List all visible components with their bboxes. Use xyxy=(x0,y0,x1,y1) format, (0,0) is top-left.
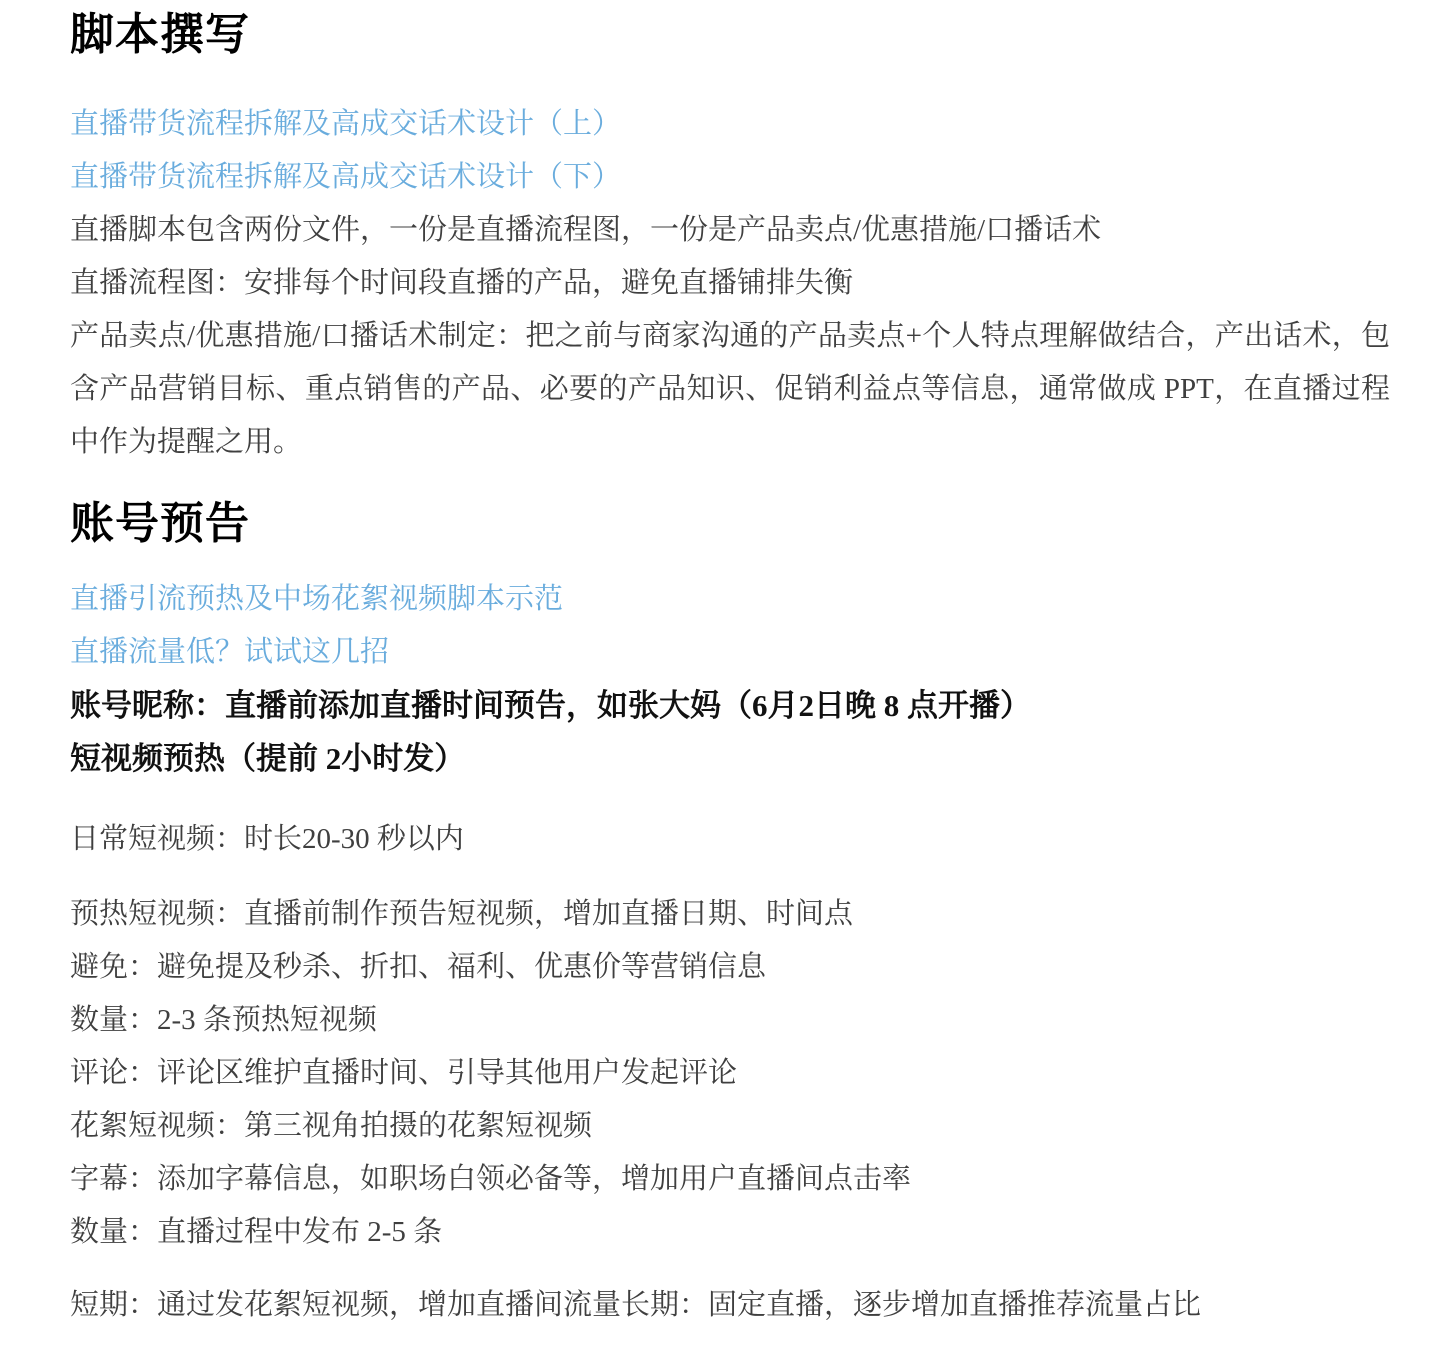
heading-script-writing: 脚本撰写 xyxy=(70,6,1390,64)
paragraph-highlight-video: 花絮短视频：第三视角拍摄的花絮短视频 xyxy=(70,1100,1390,1153)
document-page: 脚本撰写 直播带货流程拆解及高成交话术设计（上） 直播带货流程拆解及高成交话术设… xyxy=(0,0,1448,1332)
paragraph-quantity-preheat: 数量：2-3 条预热短视频 xyxy=(70,994,1390,1047)
paragraph-daily-short-video: 日常短视频：时长20-30 秒以内 xyxy=(70,813,1390,866)
link-low-traffic-tips[interactable]: 直播流量低？试试这几招 xyxy=(70,626,1390,679)
link-livestream-process-part1[interactable]: 直播带货流程拆解及高成交话术设计（上） xyxy=(70,98,1390,151)
paragraph-selling-points: 产品卖点/优惠措施/口播话术制定：把之前与商家沟通的产品卖点+个人特点理解做结合… xyxy=(70,310,1390,469)
bold-line-account-nickname: 账号昵称：直播前添加直播时间预告，如张大妈（6月2日晚 8 点开播） xyxy=(70,679,1390,732)
paragraph-quantity-during-live: 数量：直播过程中发布 2-5 条 xyxy=(70,1206,1390,1259)
paragraph-preheat-short-video: 预热短视频：直播前制作预告短视频，增加直播日期、时间点 xyxy=(70,888,1390,941)
paragraph-flow-chart: 直播流程图：安排每个时间段直播的产品，避免直播铺排失衡 xyxy=(70,257,1390,310)
paragraph-subtitles: 字幕：添加字幕信息，如职场白领必备等，增加用户直播间点击率 xyxy=(70,1153,1390,1206)
heading-account-preview: 账号预告 xyxy=(70,495,1390,553)
bold-line-short-video-preheat: 短视频预热（提前 2小时发） xyxy=(70,732,1390,785)
paragraph-script-files: 直播脚本包含两份文件，一份是直播流程图，一份是产品卖点/优惠措施/口播话术 xyxy=(70,204,1390,257)
paragraph-comments: 评论：评论区维护直播时间、引导其他用户发起评论 xyxy=(70,1047,1390,1100)
paragraph-short-term-long-term: 短期：通过发花絮短视频，增加直播间流量长期：固定直播，逐步增加直播推荐流量占比 xyxy=(70,1279,1390,1332)
link-preheat-video-demo[interactable]: 直播引流预热及中场花絮视频脚本示范 xyxy=(70,573,1390,626)
paragraph-avoid: 避免：避免提及秒杀、折扣、福利、优惠价等营销信息 xyxy=(70,941,1390,994)
link-livestream-process-part2[interactable]: 直播带货流程拆解及高成交话术设计（下） xyxy=(70,151,1390,204)
